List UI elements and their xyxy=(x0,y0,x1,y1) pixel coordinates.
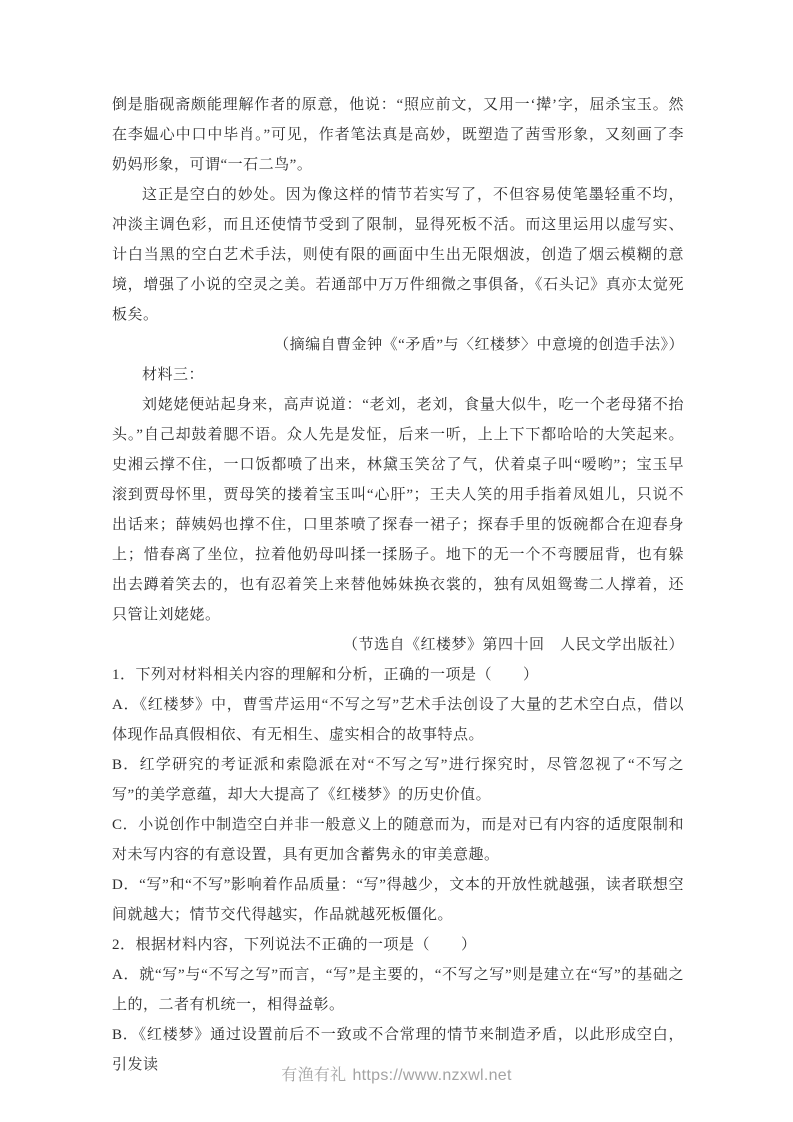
material-three-heading: 材料三： xyxy=(112,360,684,390)
watermark-url: https://www.nzxwl.net xyxy=(352,1067,511,1084)
question-1-option-a: A．《红楼梦》中，曹雪芹运用“不写之写”艺术手法创设了大量的艺术空白点，借以体现… xyxy=(112,690,684,750)
question-2-option-a: A．就“写”与“不写之写”而言，“写”是主要的，“不写之写”则是建立在“写”的基… xyxy=(112,960,684,1020)
question-1-option-d: D．“写”和“不写”影响着作品质量：“写”得越少，文本的开放性就越强，读者联想空… xyxy=(112,870,684,930)
question-1-option-c: C．小说创作中制造空白并非一般意义上的随意而为，而是对已有内容的适度限制和对未写… xyxy=(112,810,684,870)
watermark-footer: 有渔有礼https://www.nzxwl.net xyxy=(0,1062,793,1085)
paragraph-zhiyanzhai-comment: 倒是脂砚斋颇能理解作者的原意，他说：“照应前文，又用一‘撵’字，屈杀宝玉。然在李… xyxy=(112,90,684,180)
watermark-site-name: 有渔有礼 xyxy=(281,1067,346,1084)
paragraph-blank-space-art: 这正是空白的妙处。因为像这样的情节若实写了，不但容易使笔墨轻重不均，冲淡主调色彩… xyxy=(112,180,684,330)
question-1-stem: 1．下列对材料相关内容的理解和分析，正确的一项是（ ） xyxy=(112,660,684,690)
question-1-option-b: B．红学研究的考证派和索隐派在对“不写之写”进行探究时，尽管忽视了“不写之写”的… xyxy=(112,750,684,810)
attribution-material-two-source: （摘编自曹金钟《“矛盾”与〈红楼梦〉中意境的创造手法》） xyxy=(112,330,684,360)
paragraph-liu-laolao-excerpt: 刘姥姥便站起身来，高声说道：“老刘，老刘，食量大似牛，吃一个老母猪不抬头。”自己… xyxy=(112,390,684,630)
attribution-material-three-source: （节选自《红楼梦》第四十回 人民文学出版社） xyxy=(112,630,684,660)
document-page: 倒是脂砚斋颇能理解作者的原意，他说：“照应前文，又用一‘撵’字，屈杀宝玉。然在李… xyxy=(112,90,684,1080)
question-2-stem: 2．根据材料内容，下列说法不正确的一项是（ ） xyxy=(112,930,684,960)
